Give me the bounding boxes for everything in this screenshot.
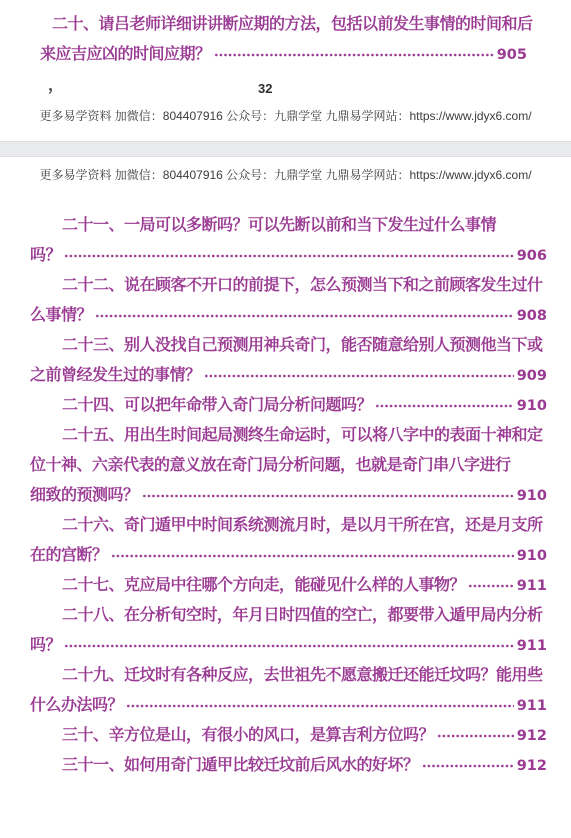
toc-page-number: 910	[517, 391, 547, 421]
toc-line: 什么办法吗？911	[30, 691, 547, 721]
toc-item: 二十五、用出生时间起局测终生命运时，可以将八字中的表面十神和定位十神、六亲代表的…	[30, 421, 547, 511]
dot-leader	[437, 733, 514, 739]
toc-line: 二十一、一局可以多断吗？可以先断以前和当下发生过什么事情	[30, 211, 547, 241]
toc-line: 二十九、迁坟时有各种反应，去世祖先不愿意搬迁还能迁坟吗？能用些	[30, 661, 547, 691]
toc-page-number: 909	[517, 361, 547, 391]
toc-item: 三十一、如何用奇门遁甲比较迁坟前后风水的好坏？912	[30, 751, 547, 781]
toc-page-number: 911	[517, 631, 547, 661]
toc-line: 位十神、六亲代表的意义放在奇门局分析问题，也就是奇门串八字进行	[30, 451, 547, 481]
toc-line: 吗？911	[30, 631, 547, 661]
dot-leader	[111, 553, 514, 559]
dot-leader	[204, 373, 514, 379]
toc-text: 之前曾经发生过的事情？	[30, 361, 201, 391]
toc-list: 二十一、一局可以多断吗？可以先断以前和当下发生过什么事情吗？906二十二、说在顾…	[30, 211, 547, 781]
toc-page-number: 911	[517, 691, 547, 721]
toc-line: 二十八、在分析旬空时，年月日时四值的空亡，都要带入遁甲局内分析	[30, 601, 547, 631]
toc-line: 三十一、如何用奇门遁甲比较迁坟前后风水的好坏？912	[30, 751, 547, 781]
toc-item: 二十六、奇门遁甲中时间系统测流月时，是以月干所在宫，还是月支所在的宫断？910	[30, 511, 547, 571]
toc-line: 二十五、用出生时间起局测终生命运时，可以将八字中的表面十神和定	[30, 421, 547, 451]
toc-page-number: 910	[517, 481, 547, 511]
document-page-2: 更多易学资料 加微信：804407916 公众号：九鼎学堂 九鼎易学网站：htt…	[0, 156, 571, 838]
toc-item: 二十四、可以把年命带入奇门局分析问题吗？910	[30, 391, 547, 421]
footer-contact-info: 更多易学资料 加微信：804407916 公众号：九鼎学堂 九鼎易学网站：htt…	[0, 108, 571, 124]
toc-page-number: 908	[517, 301, 547, 331]
toc-text: 来应吉应凶的时间应期？	[40, 40, 211, 70]
toc-text: 三十一、如何用奇门遁甲比较迁坟前后风水的好坏？	[62, 751, 419, 781]
toc-page-number: 905	[497, 40, 527, 70]
document-page-1: 二十、请吕老师详 二十、请吕老师详细讲讲断应期的方法，包括以前发生事情的时间和后…	[0, 0, 571, 142]
toc-item: 二十九、迁坟时有各种反应，去世祖先不愿意搬迁还能迁坟吗？能用些什么办法吗？911	[30, 661, 547, 721]
dot-leader	[95, 313, 514, 319]
toc-line: 二十七、克应局中往哪个方向走，能碰见什么样的人事物？911	[30, 571, 547, 601]
toc-line: 来应吉应凶的时间应期？ 905	[40, 40, 527, 70]
dot-leader	[142, 493, 514, 499]
toc-line: 在的宫断？910	[30, 541, 547, 571]
toc-page-number: 912	[517, 751, 547, 781]
header-contact-info: 更多易学资料 加微信：804407916 公众号：九鼎学堂 九鼎易学网站：htt…	[0, 167, 571, 183]
toc-line: 二十四、可以把年命带入奇门局分析问题吗？910	[30, 391, 547, 421]
toc-line: 之前曾经发生过的事情？909	[30, 361, 547, 391]
dot-leader	[422, 763, 514, 769]
toc-line: 二十、请吕老师详细讲讲断应期的方法，包括以前发生事情的时间和后	[40, 10, 527, 40]
toc-text: 二十四、可以把年命带入奇门局分析问题吗？	[62, 391, 372, 421]
toc-item: 三十、辛方位是山，有很小的风口，是算吉利方位吗？912	[30, 721, 547, 751]
toc-page-number: 911	[517, 571, 547, 601]
toc-text: 三十、辛方位是山，有很小的风口，是算吉利方位吗？	[62, 721, 434, 751]
clipped-text: 二十、请吕老师详	[64, 0, 196, 5]
dot-leader	[64, 643, 514, 649]
toc-text: 在的宫断？	[30, 541, 108, 571]
stray-comma: ，	[48, 76, 64, 96]
toc-page-number: 910	[517, 541, 547, 571]
toc-item: 二十、请吕老师详细讲讲断应期的方法，包括以前发生事情的时间和后 来应吉应凶的时间…	[40, 10, 527, 70]
clipped-previous-line: 二十、请吕老师详	[64, 0, 196, 5]
toc-line: 二十六、奇门遁甲中时间系统测流月时，是以月干所在宫，还是月支所	[30, 511, 547, 541]
toc-page-number: 906	[517, 241, 547, 271]
toc-text: 二十七、克应局中往哪个方向走，能碰见什么样的人事物？	[62, 571, 465, 601]
toc-text: 吗？	[30, 631, 61, 661]
toc-text: 么事情？	[30, 301, 92, 331]
dot-leader	[126, 703, 514, 709]
page-separator	[0, 142, 571, 156]
toc-text: 什么办法吗？	[30, 691, 123, 721]
toc-line: 二十三、别人没找自己预测用神兵奇门，能否随意给别人预测他当下或	[30, 331, 547, 361]
dot-leader	[214, 52, 494, 58]
page-number: 32	[258, 81, 272, 97]
toc-line: 么事情？908	[30, 301, 547, 331]
dot-leader	[468, 583, 514, 589]
dot-leader	[375, 403, 514, 409]
toc-line: 二十二、说在顾客不开口的前提下，怎么预测当下和之前顾客发生过什	[30, 271, 547, 301]
toc-text: 吗？	[30, 241, 61, 271]
toc-text: 细致的预测吗？	[30, 481, 139, 511]
toc-line: 三十、辛方位是山，有很小的风口，是算吉利方位吗？912	[30, 721, 547, 751]
toc-item: 二十七、克应局中往哪个方向走，能碰见什么样的人事物？911	[30, 571, 547, 601]
toc-item: 二十一、一局可以多断吗？可以先断以前和当下发生过什么事情吗？906	[30, 211, 547, 271]
toc-line: 吗？906	[30, 241, 547, 271]
toc-item: 二十八、在分析旬空时，年月日时四值的空亡，都要带入遁甲局内分析吗？911	[30, 601, 547, 661]
toc-line: 细致的预测吗？910	[30, 481, 547, 511]
toc-item: 二十二、说在顾客不开口的前提下，怎么预测当下和之前顾客发生过什么事情？908	[30, 271, 547, 331]
toc-item: 二十三、别人没找自己预测用神兵奇门，能否随意给别人预测他当下或之前曾经发生过的事…	[30, 331, 547, 391]
toc-page-number: 912	[517, 721, 547, 751]
dot-leader	[64, 253, 514, 259]
